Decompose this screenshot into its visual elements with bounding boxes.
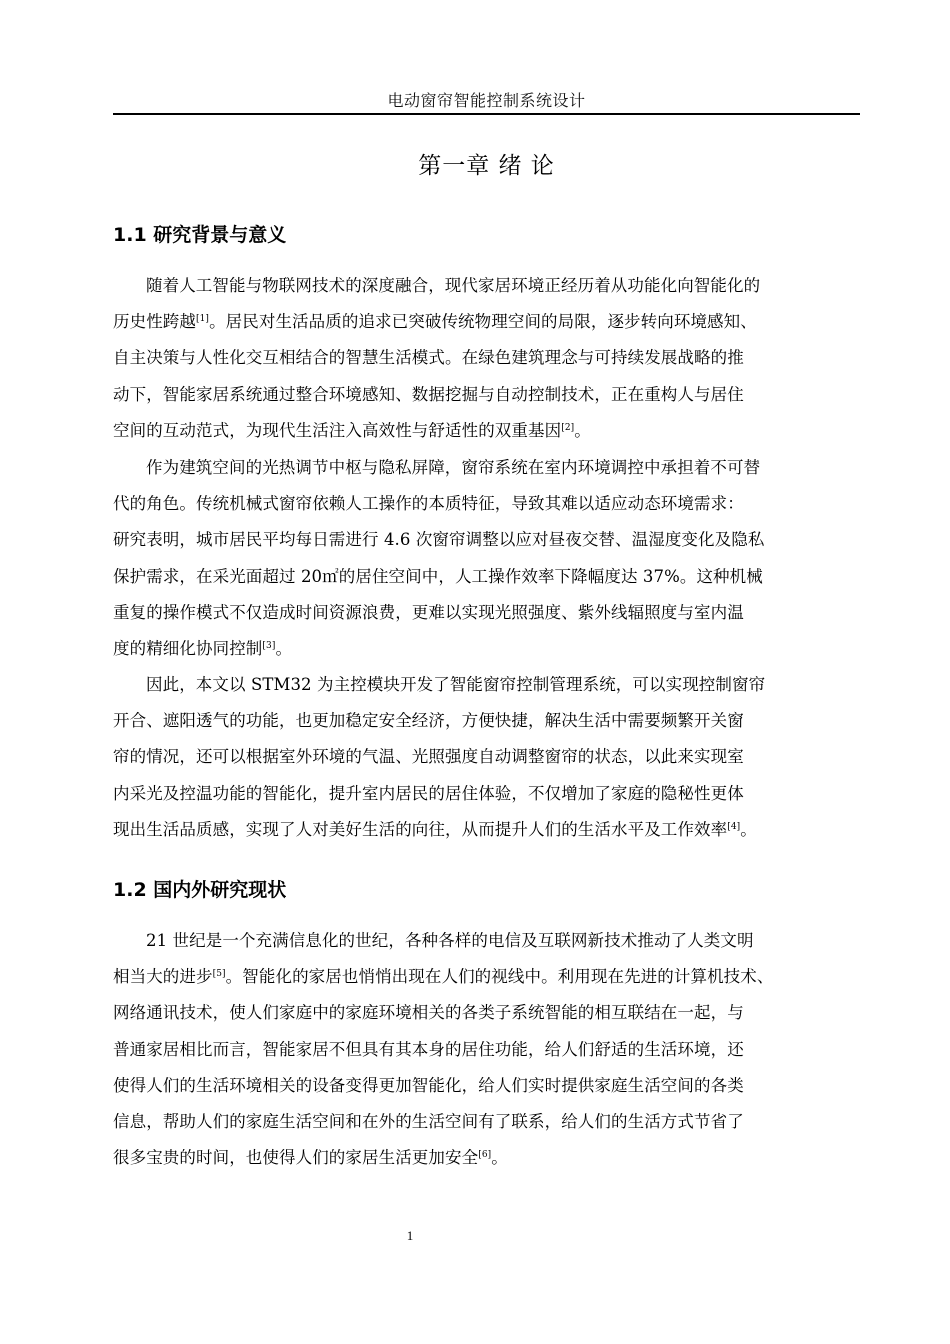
text-line: 动下，智能家居系统通过整合环境感知、数据挖掘与自动控制技术，正在重构人与居住 — [113, 377, 863, 413]
text-line: 代的角色。传统机械式窗帘依赖人工操作的本质特征，导致其难以适应动态环境需求： — [113, 486, 863, 522]
section-title-1-1: 1.1 研究背景与意义 — [113, 222, 860, 248]
document-page: 电动窗帘智能控制系统设计 第一章 绪 论 1.1 研究背景与意义 随着人工智能与… — [0, 0, 950, 1344]
paragraph: 随着人工智能与物联网技术的深度融合，现代家居环境正经历着从功能化向智能化的 历史… — [113, 268, 863, 449]
text-line: 因此，本文以 STM32 为主控模块开发了智能窗帘控制管理系统，可以实现控制窗帘 — [113, 667, 863, 703]
text-line: 很多宝贵的时间，也使得人们的家居生活更加安全[6]。 — [113, 1140, 863, 1176]
chapter-title: 第一章 绪 论 — [113, 150, 860, 182]
citation-ref[interactable]: [4] — [727, 822, 740, 832]
text-line: 历史性跨越[1]。居民对生活品质的追求已突破传统物理空间的局限，逐步转向环境感知… — [113, 304, 863, 340]
text-line: 网络通讯技术，使人们家庭中的家庭环境相关的各类子系统智能的相互联结在一起，与 — [113, 995, 863, 1031]
page-number: 1 — [395, 1228, 425, 1244]
text-line: 度的精细化协同控制[3]。 — [113, 631, 863, 667]
text-line: 开合、遮阳透气的功能，也更加稳定安全经济，方便快捷，解决生活中需要频繁开关窗 — [113, 703, 863, 739]
citation-ref[interactable]: [3] — [262, 641, 275, 651]
text-line: 内采光及控温功能的智能化，提升室内居民的居住体验，不仅增加了家庭的隐秘性更体 — [113, 776, 863, 812]
text-line: 使得人们的生活环境相关的设备变得更加智能化，给人们实时提供家庭生活空间的各类 — [113, 1068, 863, 1104]
text-line: 作为建筑空间的光热调节中枢与隐私屏障，窗帘系统在室内环境调控中承担着不可替 — [113, 450, 863, 486]
text-line: 21 世纪是一个充满信息化的世纪，各种各样的电信及互联网新技术推动了人类文明 — [113, 923, 863, 959]
text-line: 随着人工智能与物联网技术的深度融合，现代家居环境正经历着从功能化向智能化的 — [113, 268, 863, 304]
text-line: 信息，帮助人们的家庭生活空间和在外的生活空间有了联系，给人们的生活方式节省了 — [113, 1104, 863, 1140]
running-header: 电动窗帘智能控制系统设计 — [113, 91, 860, 111]
text-line: 现出生活品质感，实现了人对美好生活的向往，从而提升人们的生活水平及工作效率[4]… — [113, 812, 863, 848]
text-line: 自主决策与人性化交互相结合的智慧生活模式。在绿色建筑理念与可持续发展战略的推 — [113, 340, 863, 376]
text-line: 保护需求，在采光面超过 20㎡的居住空间中，人工操作效率下降幅度达 37%。这种… — [113, 559, 863, 595]
text-line: 空间的互动范式，为现代生活注入高效性与舒适性的双重基因[2]。 — [113, 413, 863, 449]
header-divider — [113, 113, 860, 115]
paragraph: 作为建筑空间的光热调节中枢与隐私屏障，窗帘系统在室内环境调控中承担着不可替 代的… — [113, 450, 863, 667]
citation-ref[interactable]: [2] — [561, 423, 574, 433]
text-line: 相当大的进步[5]。智能化的家居也悄悄出现在人们的视线中。利用现在先进的计算机技… — [113, 959, 863, 995]
text-line: 普通家居相比而言，智能家居不但具有其本身的居住功能，给人们舒适的生活环境，还 — [113, 1032, 863, 1068]
text-line: 帘的情况，还可以根据室外环境的气温、光照强度自动调整窗帘的状态，以此来实现室 — [113, 739, 863, 775]
section-title-1-2: 1.2 国内外研究现状 — [113, 877, 860, 903]
text-line: 研究表明，城市居民平均每日需进行 4.6 次窗帘调整以应对昼夜交替、温湿度变化及… — [113, 522, 863, 558]
text-line: 重复的操作模式不仅造成时间资源浪费，更难以实现光照强度、紫外线辐照度与室内温 — [113, 595, 863, 631]
paragraph: 21 世纪是一个充满信息化的世纪，各种各样的电信及互联网新技术推动了人类文明 相… — [113, 923, 863, 1176]
citation-ref[interactable]: [5] — [213, 969, 226, 979]
paragraph: 因此，本文以 STM32 为主控模块开发了智能窗帘控制管理系统，可以实现控制窗帘… — [113, 667, 863, 848]
citation-ref[interactable]: [1] — [196, 314, 209, 324]
citation-ref[interactable]: [6] — [478, 1150, 491, 1160]
